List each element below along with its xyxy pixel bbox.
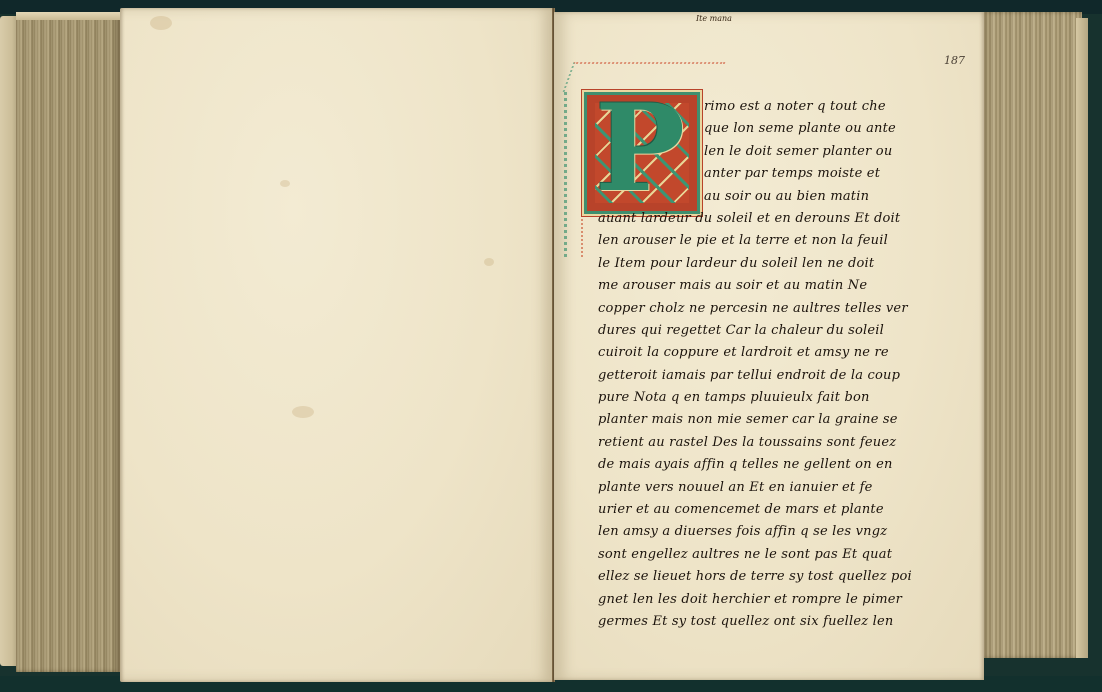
text-line: len arouser le pie et la terre et non la… bbox=[598, 230, 898, 252]
text-line: pure Nota q en tamps pluuieulx fait bon bbox=[598, 387, 898, 409]
manuscript-text-block: rimo est a noter q tout che que lon seme… bbox=[598, 96, 898, 633]
text-line: ellez se lieuet hors de terre sy tost qu… bbox=[598, 566, 898, 588]
stain bbox=[280, 180, 290, 187]
text-line: getteroit iamais par tellui endroit de l… bbox=[598, 365, 898, 387]
text-line: planter mais non mie semer car la graine… bbox=[598, 409, 898, 431]
right-fore-edge-pages bbox=[982, 12, 1082, 658]
text-line: anter par temps moiste et bbox=[598, 163, 898, 185]
left-page bbox=[120, 8, 554, 682]
folio-number: 187 bbox=[944, 54, 965, 67]
text-line: dures qui regettet Car la chaleur du sol… bbox=[598, 320, 898, 342]
text-line: gnet len les doit herchier et rompre le … bbox=[598, 589, 898, 611]
text-line: len amsy a diuerses fois affin q se les … bbox=[598, 521, 898, 543]
stain bbox=[292, 406, 314, 418]
manuscript-scene: Ite mana 187 P rimo est a noter q tout c… bbox=[0, 0, 1102, 692]
text-line: len le doit semer planter ou bbox=[598, 141, 898, 163]
top-margin-annotation: Ite mana bbox=[696, 14, 732, 23]
text-line: me arouser mais au soir et au matin Ne bbox=[598, 275, 898, 297]
left-fore-edge-pages bbox=[16, 12, 120, 672]
text-line: que lon seme plante ou ante bbox=[598, 118, 898, 140]
text-line: rimo est a noter q tout che bbox=[598, 96, 898, 118]
text-line: le Item pour lardeur du soleil len ne do… bbox=[598, 253, 898, 275]
text-line: auant lardeur du soleil et en derouns Et… bbox=[598, 208, 898, 230]
text-line: germes Et sy tost quellez ont six fuelle… bbox=[598, 611, 898, 633]
text-line: retient au rastel Des la toussains sont … bbox=[598, 432, 898, 454]
right-page: Ite mana 187 P rimo est a noter q tout c… bbox=[554, 12, 984, 680]
text-line: sont engellez aultres ne le sont pas Et … bbox=[598, 544, 898, 566]
text-line: au soir ou au bien matin bbox=[598, 186, 898, 208]
text-line: de mais ayais affin q telles ne gellent … bbox=[598, 454, 898, 476]
right-cover-edge bbox=[1076, 18, 1088, 658]
text-line: cuiroit la coppure et lardroit et amsy n… bbox=[598, 342, 898, 364]
stain bbox=[150, 16, 172, 30]
text-line: copper cholz ne percesin ne aultres tell… bbox=[598, 298, 898, 320]
text-line: plante vers nouuel an Et en ianuier et f… bbox=[598, 477, 898, 499]
initial-flourish-left bbox=[564, 92, 583, 257]
text-line: urier et au comencemet de mars et plante bbox=[598, 499, 898, 521]
stain bbox=[484, 258, 494, 266]
